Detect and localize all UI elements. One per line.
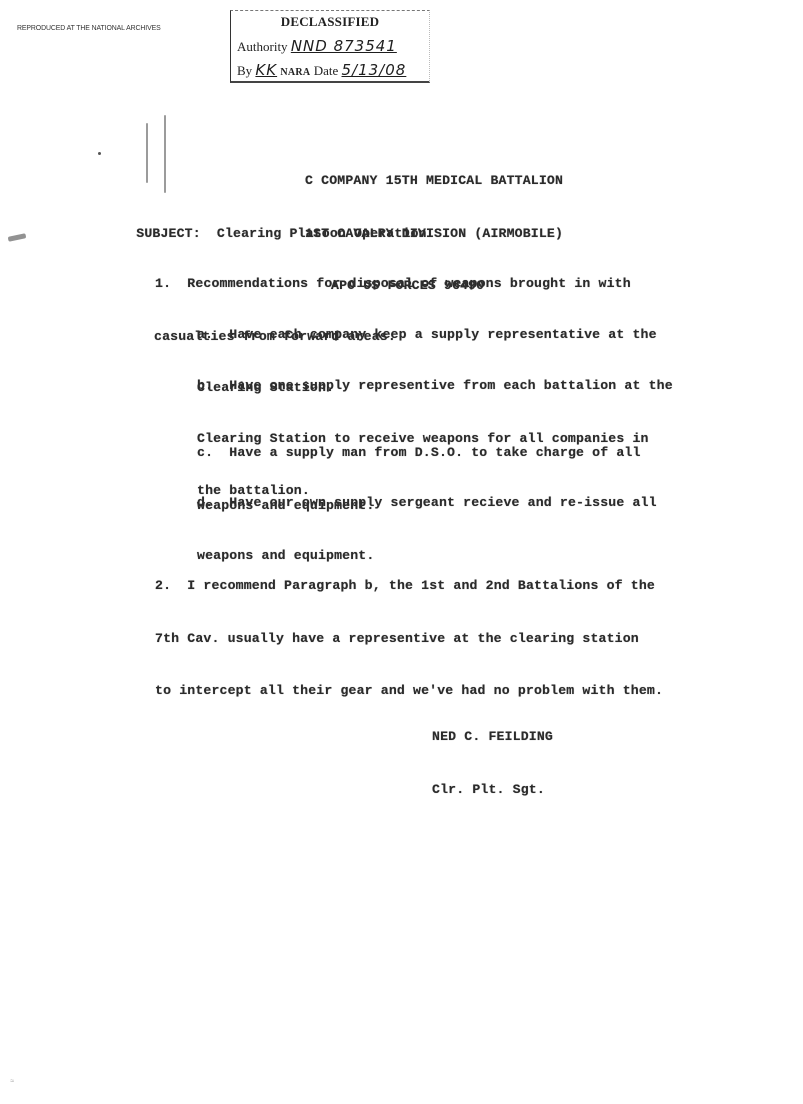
paragraph-text: I recommend Paragraph b, the 1st and 2nd… bbox=[187, 578, 655, 593]
paragraph-number: 1. bbox=[155, 276, 171, 291]
stamp-date-value: 5/13/08 bbox=[342, 61, 407, 79]
archive-reproduction-note: REPRODUCED AT THE NATIONAL ARCHIVES bbox=[17, 23, 161, 32]
margin-pencil-mark bbox=[146, 123, 148, 183]
item-letter: c. bbox=[197, 445, 213, 460]
margin-pencil-mark bbox=[164, 115, 166, 193]
letterhead-line: C COMPANY 15TH MEDICAL BATTALION bbox=[305, 172, 563, 190]
paragraph-text: 7th Cav. usually have a representive at … bbox=[155, 630, 663, 648]
stamp-authority-row: Authority NND 873541 bbox=[237, 37, 397, 55]
stamp-by-row: By KK NARA Date 5/13/08 bbox=[237, 61, 406, 79]
paragraph-2: 2. I recommend Paragraph b, the 1st and … bbox=[155, 542, 663, 735]
stamp-by-label: By bbox=[237, 63, 252, 78]
item-text: Have one supply representive from each b… bbox=[229, 378, 673, 393]
item-text: Have each company keep a supply represen… bbox=[229, 327, 656, 342]
stamp-authority-label: Authority bbox=[237, 39, 288, 54]
item-letter: a. bbox=[197, 327, 213, 342]
item-letter: b. bbox=[197, 378, 213, 393]
signatory-title: Clr. Plt. Sgt. bbox=[432, 781, 553, 799]
stamp-by-value: KK bbox=[255, 61, 277, 79]
corner-scan-mark: ≈ bbox=[10, 1078, 14, 1086]
stamp-authority-value: NND 873541 bbox=[291, 37, 397, 55]
item-text: Have a supply man from D.S.O. to take ch… bbox=[229, 445, 640, 460]
margin-smudge bbox=[8, 233, 27, 242]
subject-value: Clearing Platoon Operation bbox=[217, 226, 427, 241]
subject-label: SUBJECT: bbox=[136, 226, 201, 241]
margin-dot-mark bbox=[98, 152, 101, 155]
stamp-nara-label: NARA bbox=[280, 67, 310, 78]
item-text: Have our own supply sergeant recieve and… bbox=[229, 495, 656, 510]
paragraph-number: 2. bbox=[155, 578, 171, 593]
item-letter: d. bbox=[197, 495, 213, 510]
paragraph-text: Recommendations for disposal of weapons … bbox=[187, 276, 631, 291]
signatory-name: NED C. FEILDING bbox=[432, 728, 553, 746]
signature-block: NED C. FEILDING Clr. Plt. Sgt. bbox=[432, 693, 553, 833]
stamp-title: DECLASSIFIED bbox=[231, 14, 429, 30]
paragraph-text: to intercept all their gear and we've ha… bbox=[155, 682, 663, 700]
stamp-date-label: Date bbox=[314, 63, 339, 78]
declassified-stamp: DECLASSIFIED Authority NND 873541 By KK … bbox=[230, 10, 430, 83]
